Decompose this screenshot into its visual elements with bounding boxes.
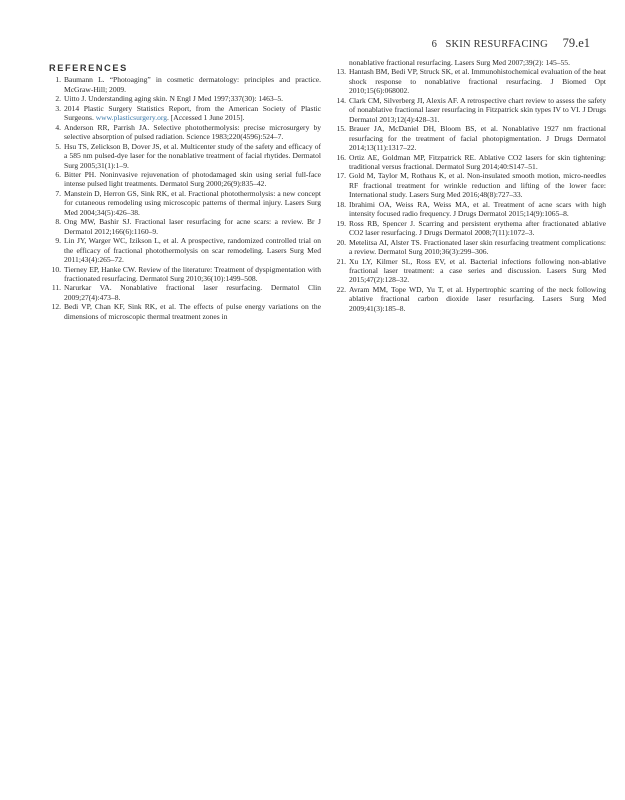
reference-item: 4.Anderson RR, Parrish JA. Selective pho… — [49, 123, 321, 142]
reference-item: 13.Hantash BM, Bedi VP, Struck SK, et al… — [334, 67, 606, 95]
reference-item: 16.Ortiz AE, Goldman MP, Fitzpatrick RE.… — [334, 153, 606, 172]
reference-list-right: 13.Hantash BM, Bedi VP, Struck SK, et al… — [334, 67, 606, 313]
reference-item: 9.Lin JY, Warger WC, Izikson L, et al. A… — [49, 236, 321, 264]
references-left-column: REFERENCES 1.Baumann L. “Photoaging” in … — [49, 64, 321, 321]
reference-item: 18.Ibrahimi OA, Weiss RA, Weiss MA, et a… — [334, 200, 606, 219]
reference-item: 3.2014 Plastic Surgery Statistics Report… — [49, 104, 321, 123]
reference-item: 6.Bitter PH. Noninvasive rejuvenation of… — [49, 170, 321, 189]
references-right-column: nonablative fractional resurfacing. Lase… — [334, 58, 606, 313]
running-header: 6 SKIN RESURFACING 79.e1 — [432, 36, 590, 51]
reference-item: 15.Brauer JA, McDaniel DH, Bloom BS, et … — [334, 124, 606, 152]
reference-item: 20.Metelitsa AI, Alster TS. Fractionated… — [334, 238, 606, 257]
reference-item: 14.Clark CM, Silverberg JI, Alexis AF. A… — [334, 96, 606, 124]
reference-item: 11.Narurkar VA. Nonablative fractional l… — [49, 283, 321, 302]
reference-item: 19.Ross RB, Spencer J. Scarring and pers… — [334, 219, 606, 238]
reference-item: 22.Avram MM, Tope WD, Yu T, et al. Hyper… — [334, 285, 606, 313]
reference-item: 5.Hsu TS, Zelickson B, Dover JS, et al. … — [49, 142, 321, 170]
chapter-title: SKIN RESURFACING — [445, 39, 547, 50]
plasticsurgery-link[interactable]: www.plasticsurgery.org — [96, 113, 167, 122]
reference-item: 12.Bedi VP, Chan KF, Sink RK, et al. The… — [49, 302, 321, 321]
reference-item: 7.Manstein D, Herron GS, Sink RK, et al.… — [49, 189, 321, 217]
reference-item: 8.Ong MW, Bashir SJ. Fractional laser re… — [49, 217, 321, 236]
reference-item: 2.Uitto J. Understanding aging skin. N E… — [49, 94, 321, 103]
references-heading: REFERENCES — [49, 64, 321, 73]
chapter-number: 6 — [432, 39, 437, 50]
reference-item: 17.Gold M, Taylor M, Rothaus K, et al. N… — [334, 171, 606, 199]
reference-item: 1.Baumann L. “Photoaging” in cosmetic de… — [49, 75, 321, 94]
reference-list-left: 1.Baumann L. “Photoaging” in cosmetic de… — [49, 75, 321, 321]
reference-item: 21.Xu LY, Kilmer SL, Ross EV, et al. Bac… — [334, 257, 606, 285]
reference-continuation: nonablative fractional resurfacing. Lase… — [334, 58, 606, 67]
page-number: 79.e1 — [563, 36, 590, 50]
reference-item: 10.Tierney EP, Hanke CW. Review of the l… — [49, 265, 321, 284]
